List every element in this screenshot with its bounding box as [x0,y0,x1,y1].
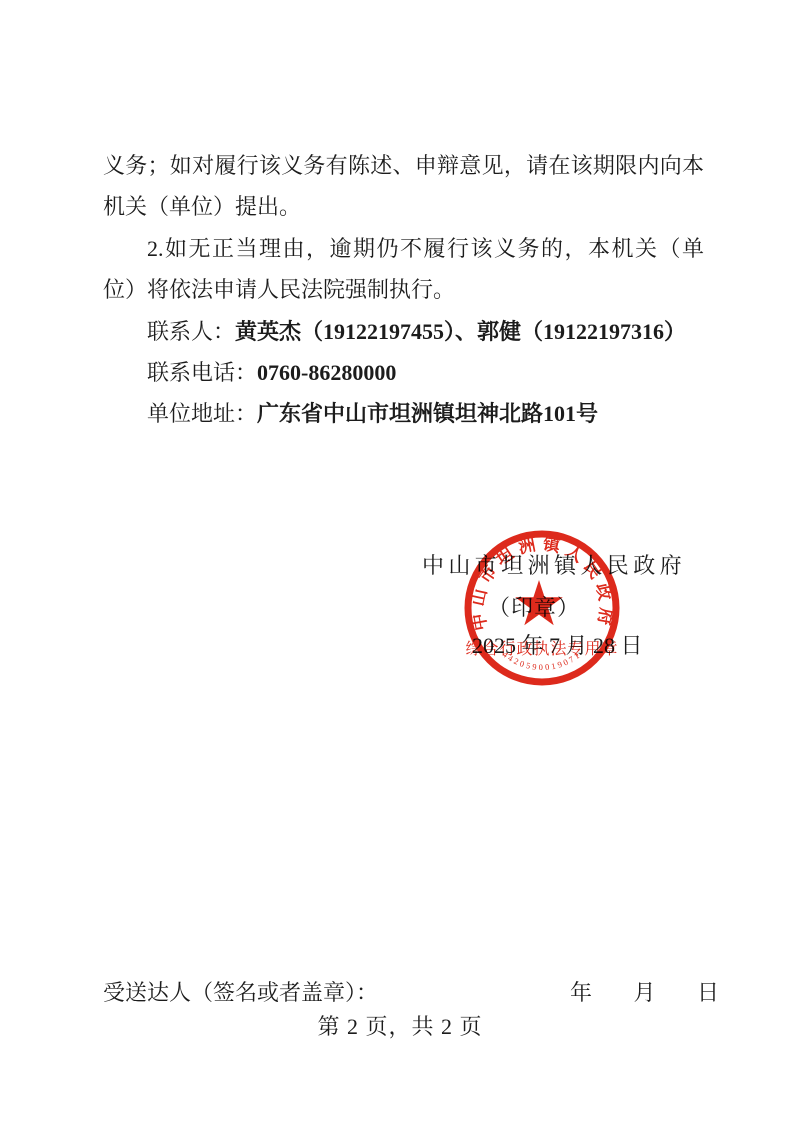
month-label: 月 [633,980,655,1006]
contact-phone-value: 0760-86280000 [257,360,396,385]
seal-star-icon [515,580,563,625]
recipient-signature-row: 受送达人（签名或者盖章）： 年 月 日 [103,980,719,1006]
seal-ring-text: 中山市坦洲镇人民政府 [467,533,617,632]
document-page: 义务；如对履行该义务有陈述、申辩意见，请在该期限内向本 机关（单位）提出。 2.… [0,0,800,1131]
official-seal-stamp: 中山市坦洲镇人民政府 综合行政执法专用章 4420590019071 [461,527,623,689]
contact-person-label: 联系人： [147,319,235,344]
seal-graphic: 中山市坦洲镇人民政府 综合行政执法专用章 4420590019071 [461,527,623,689]
contact-phone-line: 联系电话：0760-86280000 [103,352,704,393]
unit-address-value: 广东省中山市坦洲镇坦神北路101号 [257,401,598,426]
day-label: 日 [697,980,719,1006]
contact-person-line: 联系人：黄英杰（19122197455）、郭健（19122197316） [103,311,704,352]
paragraph-1-line-1: 义务；如对履行该义务有陈述、申辩意见，请在该期限内向本 [103,145,704,186]
paragraph-2-line-2: 位）将依法申请人民法院强制执行。 [103,269,704,310]
year-label: 年 [570,980,592,1006]
body-text-block: 义务；如对履行该义务有陈述、申辩意见，请在该期限内向本 机关（单位）提出。 2.… [103,145,704,435]
seal-bottom-text: 综合行政执法专用章 [465,639,618,658]
page-number: 第 2 页，共 2 页 [0,1014,800,1040]
contact-phone-label: 联系电话： [147,360,257,385]
paragraph-2-line-1: 2.如无正当理由，逾期仍不履行该义务的，本机关（单 [103,228,704,269]
recipient-signature-label: 受送达人（签名或者盖章）： [103,980,378,1006]
date-fill-in-area: 年 月 日 [570,980,719,1006]
unit-address-line: 单位地址：广东省中山市坦洲镇坦神北路101号 [103,393,704,434]
unit-address-label: 单位地址： [147,401,257,426]
contact-person-value: 黄英杰（19122197455）、郭健（19122197316） [235,319,686,344]
paragraph-1-line-2: 机关（单位）提出。 [103,186,704,227]
